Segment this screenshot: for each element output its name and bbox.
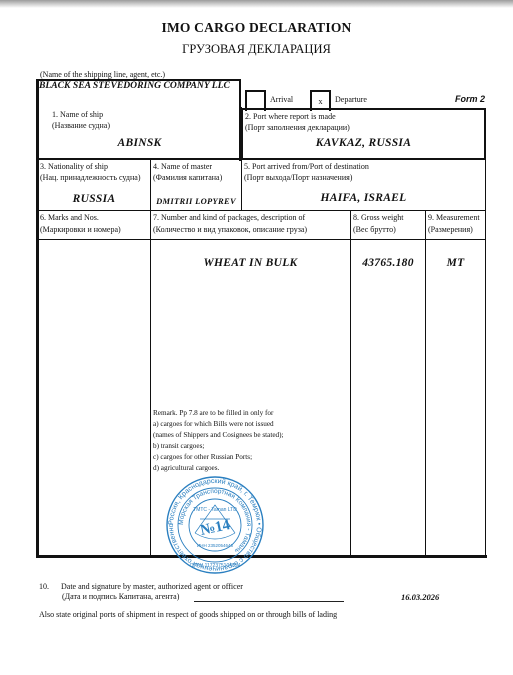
agent-note: (Name of the shipping line, agent, etc.) (40, 70, 165, 79)
packages-caption: 7. Number and kind of packages, descript… (153, 212, 305, 224)
port-from-caption-ru: (Порт выхода/Порт назначения) (244, 172, 352, 184)
weight-caption-ru: (Вес брутто) (353, 224, 396, 236)
remark-line: c) cargoes for other Russian Ports; (153, 452, 284, 463)
form-label: Form 2 (455, 94, 485, 104)
measurement-caption-ru: (Размерения) (428, 224, 473, 236)
measurement-caption: 9. Measurement (428, 212, 480, 224)
marks-caption: 6. Marks and Nos. (40, 212, 99, 224)
weight-value: 43765.180 (351, 257, 425, 269)
field-weight-header: 8. Gross weight (Вес брутто) (350, 210, 426, 240)
svg-text:TMTC - Taman LTD: TMTC - Taman LTD (193, 507, 237, 513)
svg-text:ОГРН 1172375104054: ОГРН 1172375104054 (190, 563, 241, 569)
signature-line[interactable] (194, 600, 344, 602)
document-title: IMO CARGO DECLARATION (0, 20, 513, 36)
field-nationality: 3. Nationality of ship (Нац. принадлежно… (37, 159, 151, 211)
packages-value: WHEAT IN BULK (151, 257, 350, 269)
signature-date: 16.03.2026 (401, 592, 439, 602)
remark-text: Remark. Pp 7.8 are to be filled in only … (153, 408, 284, 474)
port-report-caption-ru: (Порт заполнения декларации) (245, 122, 350, 134)
remark-line: b) transit cargoes; (153, 441, 284, 452)
field-marks-body (37, 239, 151, 557)
port-from-value: HAIFA, ISRAEL (242, 192, 485, 204)
nationality-caption-ru: (Нац. принадлежность судна) (40, 172, 141, 184)
svg-text:ИНН 2352054646: ИНН 2352054646 (197, 543, 234, 548)
field-weight-body: 43765.180 (350, 239, 426, 557)
signature-item-number: 10. (39, 582, 49, 591)
field-measurement-body: MT (425, 239, 486, 557)
footer-note: Also state original ports of shipment in… (39, 610, 337, 619)
field-port-report: 2. Port where report is made (Порт запол… (241, 108, 486, 160)
company-stamp-icon: Россия, Краснодарский край, г. Темрюк • … (165, 475, 265, 575)
field-measurement-header: 9. Measurement (Размерения) (425, 210, 486, 240)
signature-label: Date and signature by master, authorized… (61, 582, 243, 591)
port-report-value: KAVKAZ, RUSSIA (243, 137, 484, 149)
weight-caption: 8. Gross weight (353, 212, 403, 224)
agent-name: BLACK SEA STEVEDORING COMPANY LLC (39, 80, 239, 92)
signature-label-ru: (Дата и подпись Капитана, агента) (62, 592, 179, 601)
measurement-value: MT (426, 257, 485, 269)
document-title-ru: ГРУЗОВАЯ ДЕКЛАРАЦИЯ (0, 42, 513, 57)
field-ship-name: 1. Name of ship (Название судна) ABINSK (37, 107, 242, 159)
remark-line: (names of Shippers and Cosignees be stat… (153, 430, 284, 441)
master-value: DMITRII LOPYREV (151, 196, 241, 206)
page-top-shadow (0, 0, 513, 8)
marks-caption-ru: (Маркировки и номера) (40, 224, 121, 236)
ship-name-caption-ru: (Название судна) (52, 120, 110, 132)
field-marks-header: 6. Marks and Nos. (Маркировки и номера) (37, 210, 151, 240)
remark-line: Remark. Pp 7.8 are to be filled in only … (153, 408, 284, 419)
packages-caption-ru: (Количество и вид упаковок, описание гру… (153, 224, 307, 236)
ship-name-value: ABINSK (38, 137, 241, 149)
field-port-from: 5. Port arrived from/Port of destination… (241, 159, 486, 211)
nationality-value: RUSSIA (38, 193, 150, 205)
remark-line: d) agricultural cargoes. (153, 463, 284, 474)
master-caption-ru: (Фамилия капитана) (153, 172, 222, 184)
arrival-label: Arrival (270, 95, 293, 104)
remark-line: a) cargoes for which Bills were not issu… (153, 419, 284, 430)
field-packages-header: 7. Number and kind of packages, descript… (150, 210, 351, 240)
field-master: 4. Name of master (Фамилия капитана) DMI… (150, 159, 242, 211)
departure-label: Departure (335, 95, 367, 104)
